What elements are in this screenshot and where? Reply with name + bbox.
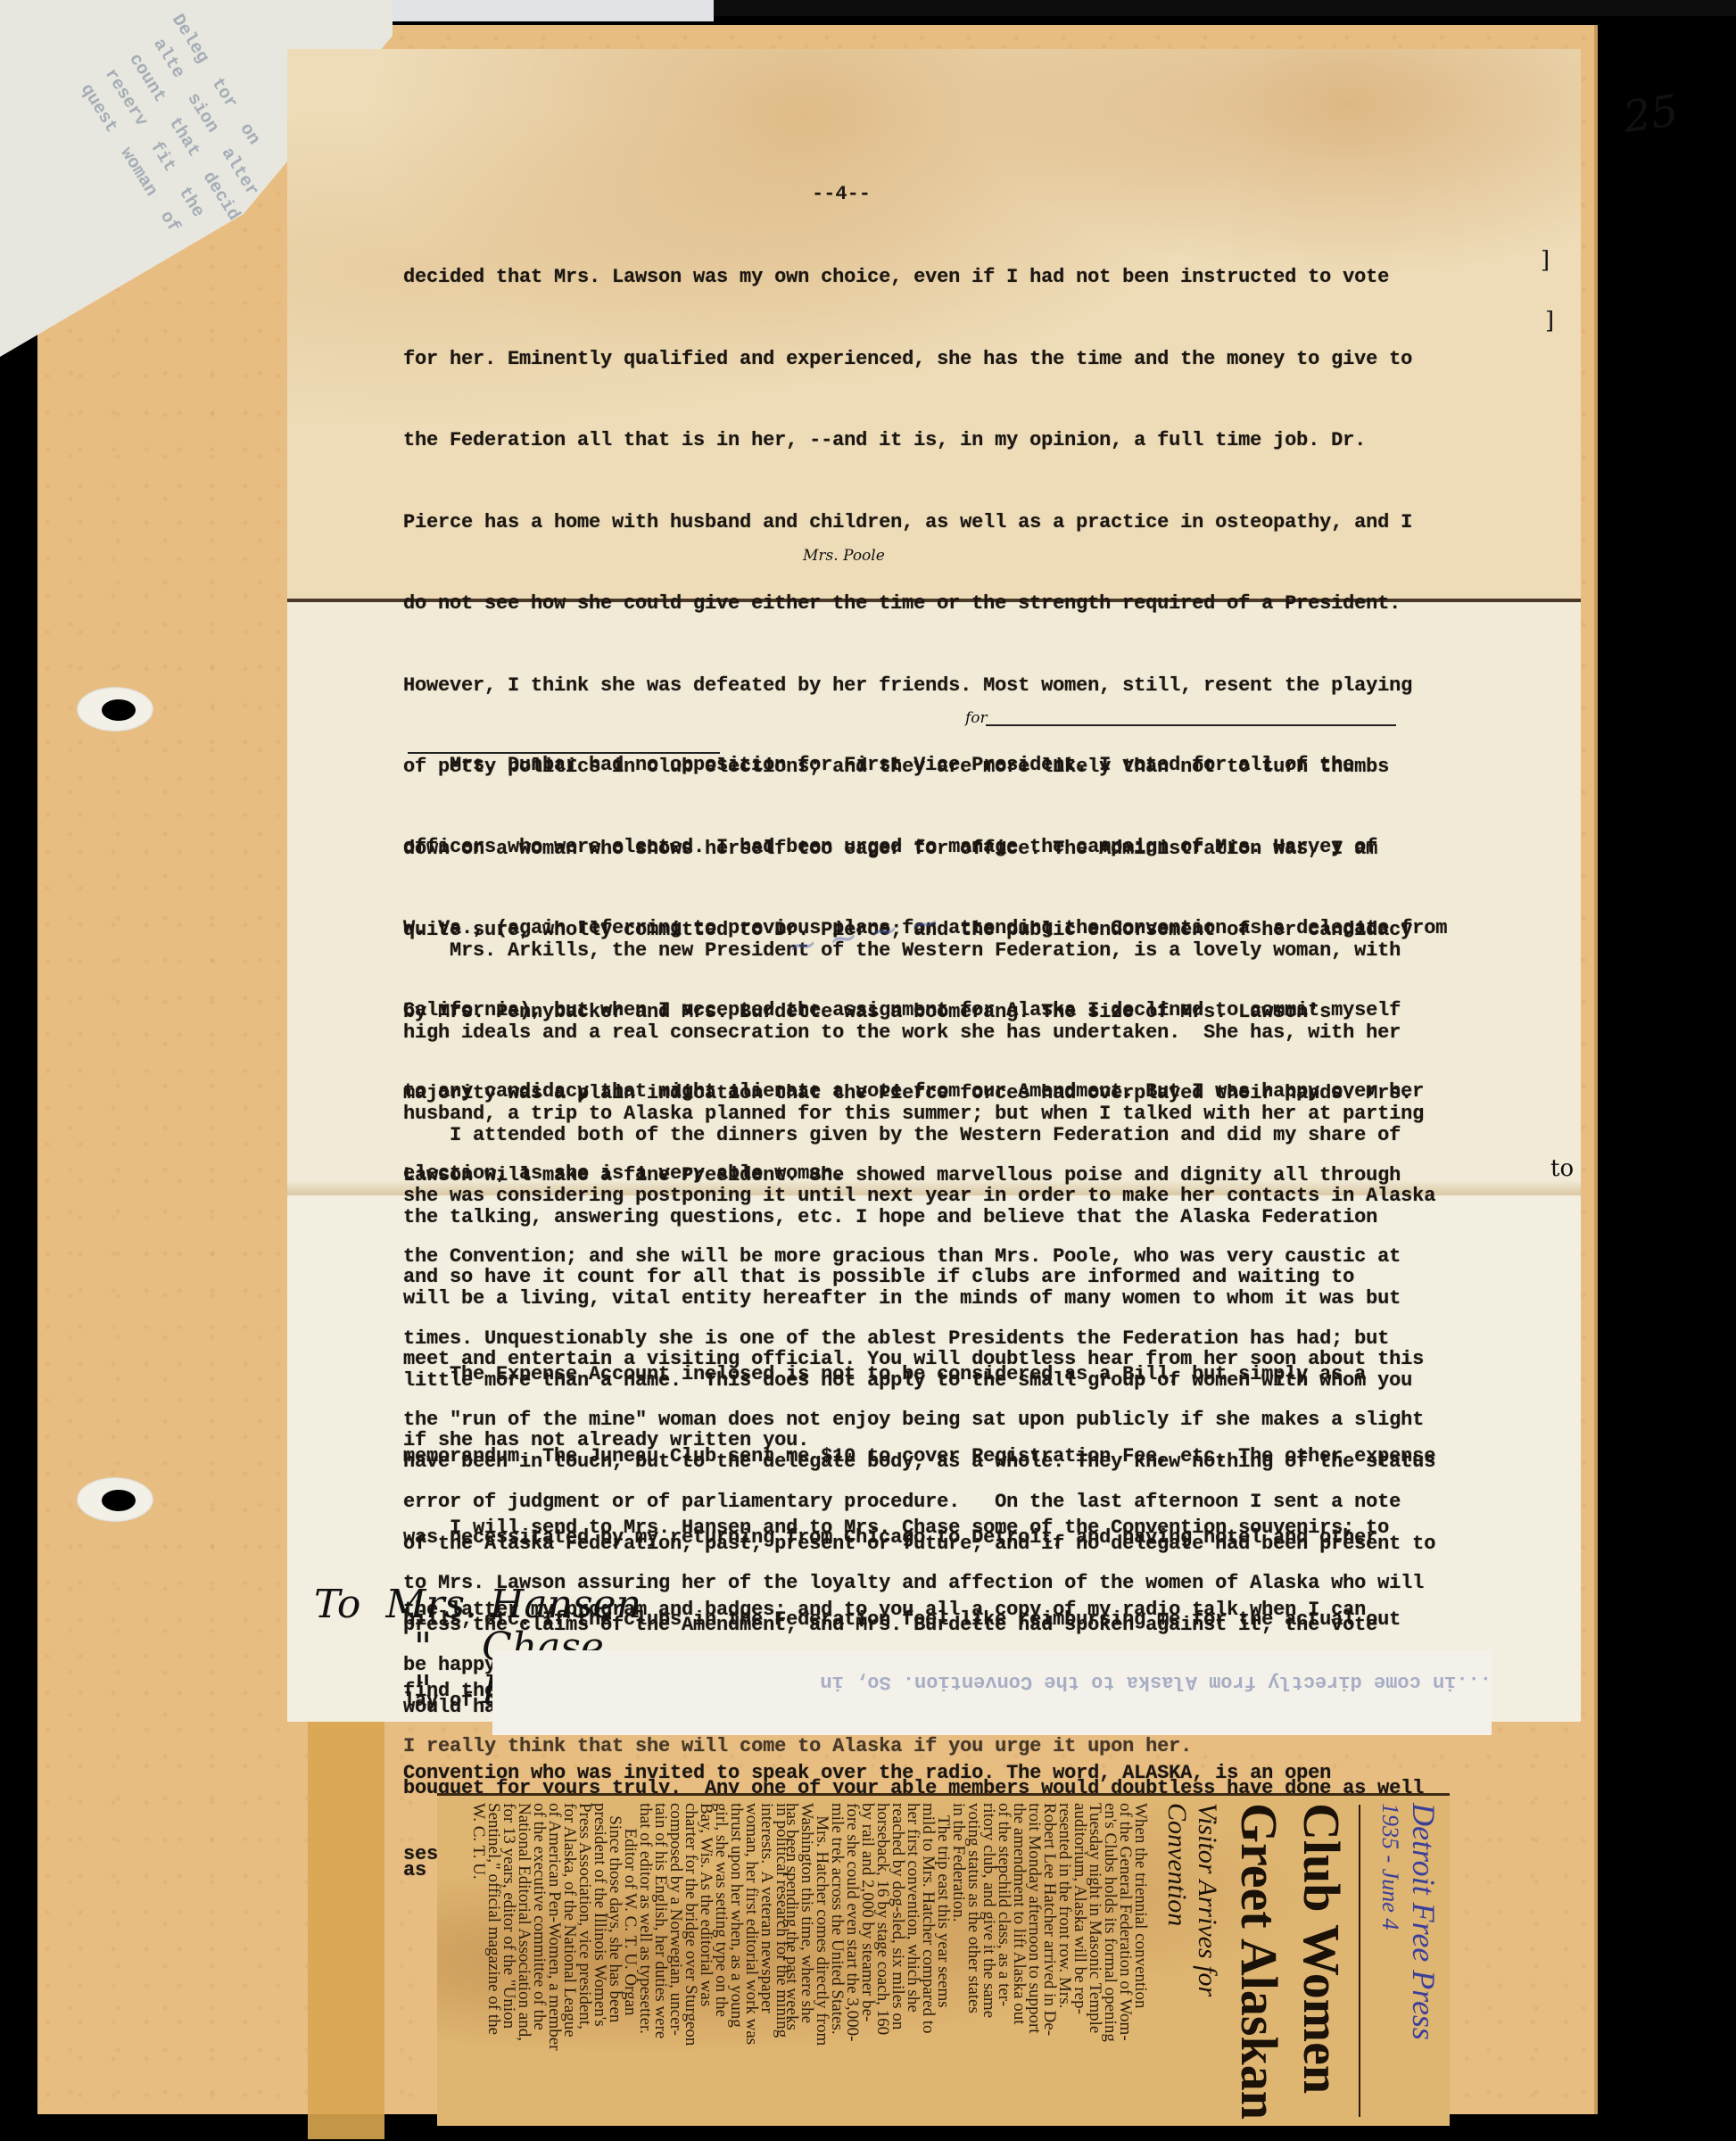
clipping-column-2: in political research for the mining int…: [471, 1796, 789, 2126]
line: Pierce has a home with husband and child…: [403, 509, 1554, 537]
typed-letter: --4-- decided that Mrs. Lawson was my ow…: [287, 49, 1581, 1722]
subhead: Visitor Arrives for Convention: [1156, 1803, 1222, 2126]
line: Mrs. Dunbar had no opposition for First …: [403, 752, 1554, 780]
newspaper-clipping: Detroit Free Press 1935 - June 4 Club Wo…: [437, 1793, 1450, 2126]
headline-line-2: Greet Alaskan: [1229, 1803, 1289, 2120]
ink-underline-2: [408, 752, 720, 754]
line: I will send to Mrs. Hansen and to Mrs. C…: [403, 1515, 1554, 1542]
headline-line-1: Club Women: [1292, 1803, 1352, 2094]
ink-underline-1: [986, 724, 1396, 726]
clipping-date-handwritten: 1935 - June 4: [1376, 1803, 1403, 1930]
margin-correction-to: to: [1550, 1155, 1574, 1182]
adhesive-tape-strip: [308, 1715, 384, 2139]
binder-hole-lower: [77, 1477, 153, 1522]
line: However, I think she was defeated by her…: [403, 673, 1554, 700]
binder-hole-upper: [77, 687, 153, 732]
line: Convention who was invited to speak over…: [403, 1760, 1554, 1788]
line: high ideals and a real consecration to t…: [403, 1020, 1554, 1047]
margin-correction-mark: ]: [1541, 247, 1550, 274]
line: Mrs. Arkills, the new President of the W…: [403, 938, 1554, 965]
line: I attended both of the dinners given by …: [403, 1122, 1554, 1150]
letter-page-header: --4--: [812, 183, 871, 205]
handwritten-page-number: 25: [1620, 86, 1681, 143]
handwritten-insert-mrs-poole: Mrs. Poole: [803, 547, 885, 565]
line: the Federation all that is in her, --and…: [403, 427, 1554, 455]
line: officers who were elected. I had been ur…: [403, 834, 1554, 862]
clipping-source-handwritten: Detroit Free Press: [1405, 1803, 1443, 2040]
line: for her. Eminently qualified and experie…: [403, 346, 1554, 374]
line: The Expense Account inclosed is not to b…: [403, 1361, 1554, 1389]
margin-correction-mark: ]: [1545, 308, 1554, 335]
line: decided that Mrs. Lawson was my own choi…: [403, 264, 1554, 292]
line: do not see how she could give either the…: [403, 591, 1554, 618]
overlapping-sheet-edge: [393, 0, 714, 21]
clipping-column-1: When the triennial convention of the Gen…: [784, 1796, 1148, 2126]
mirrored-show-through-text: ...in come directly from Alaska to the C…: [492, 1650, 1492, 1735]
column-rule: [1359, 1805, 1360, 2117]
line: the talking, answering questions, etc. I…: [403, 1204, 1554, 1232]
